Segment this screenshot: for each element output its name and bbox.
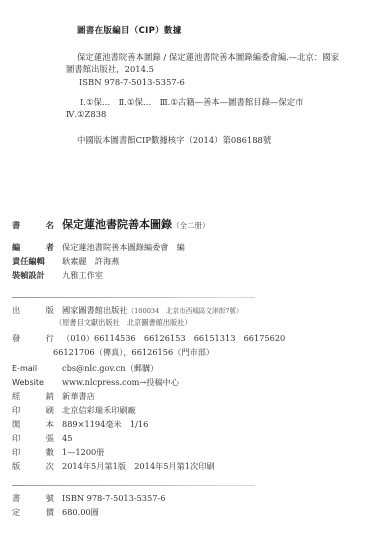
- binding-design-value: 九雅工作室: [62, 270, 103, 281]
- book-number-value: ISBN 978-7-5013-5357-6: [62, 493, 165, 503]
- colophon-row-responsible-editor: 責任編輯 耿素麗 許海燕: [12, 256, 119, 267]
- editor-label: 編 者: [12, 242, 54, 253]
- print-run-label: 印 數: [12, 447, 54, 458]
- colophon-row-printer: 印 刷 北京信彩瑞禾印刷廠: [12, 405, 136, 416]
- book-number-label-char: 號: [46, 493, 54, 504]
- book-number-label-char: 書: [12, 493, 20, 504]
- colophon-row-distribution: 發 行 （010）66114536 66126153 66151313 6617…: [12, 333, 285, 344]
- cip-heading: 圖書在版編目（CIP）數據: [77, 24, 182, 36]
- website-value: www.nlcpress.com→投稿中心: [62, 377, 179, 388]
- cip-isbn: ISBN 978-7-5013-5357-6: [79, 76, 185, 88]
- edition-label-char: 次: [46, 461, 54, 472]
- editor-value: 保定蓮池書院善本圖錄編委會 編: [62, 242, 185, 253]
- publisher-address: （100034 北京市西城區文津街7號）: [128, 307, 243, 315]
- cip-verification: 中國版本圖書館CIP數據核字（2014）第086188號: [77, 134, 271, 146]
- colophon-row-sheets: 印 張 45: [12, 433, 72, 444]
- price-label: 定 價: [12, 507, 54, 518]
- email-label: E-mail: [12, 364, 54, 373]
- editor-label-char: 者: [46, 242, 54, 253]
- publisher-value: 國家圖書館出版社（100034 北京市西城區文津街7號）: [62, 305, 243, 316]
- distribution-label: 發 行: [12, 333, 54, 344]
- printer-label-char: 印: [12, 405, 20, 416]
- publisher-label-char: 版: [46, 305, 54, 316]
- edition-label-char: 版: [12, 461, 20, 472]
- distribution-fax-store: 66121706（傳真），66126156（門市部）: [53, 347, 214, 358]
- print-run-label-char: 印: [12, 447, 20, 458]
- price-label-char: 定: [12, 507, 20, 518]
- sheets-value: 45: [62, 433, 72, 443]
- colophon-row-binding-design: 裝幀設計 九雅工作室: [12, 270, 103, 281]
- printer-label: 印 刷: [12, 405, 54, 416]
- price-label-char: 價: [46, 507, 54, 518]
- book-title-note: （全二册）: [172, 221, 210, 230]
- colophon-row-email: E-mail cbs@nlc.gov.cn（郵購）: [12, 363, 158, 374]
- printer-value: 北京信彩瑞禾印刷廠: [62, 405, 136, 416]
- dealer-label-char: 經: [12, 391, 20, 402]
- colophon-row-print-run: 印 數 1—1200册: [12, 447, 104, 458]
- print-run-label-char: 數: [46, 447, 54, 458]
- colophon-row-edition: 版 次 2014年5月第1版 2014年5月第1次印刷: [12, 461, 215, 472]
- colophon-row-format: 開 本 889×1194毫米 1/16: [12, 419, 148, 430]
- cip-subjects-line1: Ⅰ.①保… Ⅱ.①保… Ⅲ.①古籍—善本—圖書館目錄—保定市: [80, 96, 303, 108]
- publisher-name: 國家圖書館出版社: [62, 305, 128, 315]
- sheets-label: 印 張: [12, 433, 54, 444]
- cip-entry-line2: 圖書館出版社，2014.5: [66, 63, 154, 75]
- binding-design-label: 裝幀設計: [12, 270, 54, 281]
- sheets-label-char: 張: [46, 433, 54, 444]
- price-value: 680.00圓: [62, 507, 99, 518]
- colophon-row-price: 定 價 680.00圓: [12, 507, 99, 518]
- title-label: 書 名: [12, 220, 54, 231]
- distribution-label-char: 發: [12, 333, 20, 344]
- format-label: 開 本: [12, 419, 54, 430]
- publisher-label: 出 版: [12, 305, 54, 316]
- publisher-label-char: 出: [12, 305, 20, 316]
- book-number-label: 書 號: [12, 493, 54, 504]
- responsible-editor-value: 耿素麗 許海燕: [62, 256, 119, 267]
- divider-rule-top: [12, 297, 255, 298]
- email-value: cbs@nlc.gov.cn（郵購）: [62, 363, 158, 374]
- colophon-row-dealer: 經 銷 新華書店: [12, 391, 95, 402]
- cip-entry-line1: 保定蓮池書院善本圖錄 / 保定蓮池書院善本圖錄編委會編.—北京：國家: [77, 51, 339, 63]
- cip-subjects-line2: Ⅳ.①Z838: [66, 108, 106, 120]
- colophon-row-editor: 編 者 保定蓮池書院善本圖錄編委會 編: [12, 242, 185, 253]
- format-label-char: 本: [46, 419, 54, 430]
- book-title: 保定蓮池書院善本圖錄（全二册）: [62, 216, 210, 232]
- colophon-row-title: 書 名 保定蓮池書院善本圖錄（全二册）: [12, 216, 210, 232]
- colophon-row-book-number: 書 號 ISBN 978-7-5013-5357-6: [12, 493, 165, 504]
- title-label-char: 名: [46, 220, 54, 231]
- edition-label: 版 次: [12, 461, 54, 472]
- sheets-label-char: 印: [12, 433, 20, 444]
- dealer-label: 經 銷: [12, 391, 54, 402]
- dealer-label-char: 銷: [46, 391, 54, 402]
- distribution-label-char: 行: [46, 333, 54, 344]
- printer-label-char: 刷: [46, 405, 54, 416]
- website-label: Website: [12, 378, 54, 387]
- format-value: 889×1194毫米 1/16: [62, 419, 148, 430]
- responsible-editor-label: 責任編輯: [12, 256, 54, 267]
- edition-value: 2014年5月第1版 2014年5月第1次印刷: [62, 461, 215, 472]
- colophon-row-website: Website www.nlcpress.com→投稿中心: [12, 377, 179, 388]
- book-title-text: 保定蓮池書院善本圖錄: [62, 218, 172, 231]
- colophon-row-publisher: 出 版 國家圖書館出版社（100034 北京市西城區文津街7號）: [12, 305, 243, 316]
- distribution-phones: （010）66114536 66126153 66151313 66175620: [62, 333, 285, 344]
- dealer-value: 新華書店: [62, 391, 95, 402]
- print-run-value: 1—1200册: [62, 447, 104, 458]
- title-label-char: 書: [12, 220, 20, 231]
- publisher-former-names: （原書目文獻出版社 北京圖書館出版社）: [55, 318, 192, 328]
- divider-rule-bottom: [12, 485, 255, 486]
- editor-label-char: 編: [12, 242, 20, 253]
- format-label-char: 開: [12, 419, 20, 430]
